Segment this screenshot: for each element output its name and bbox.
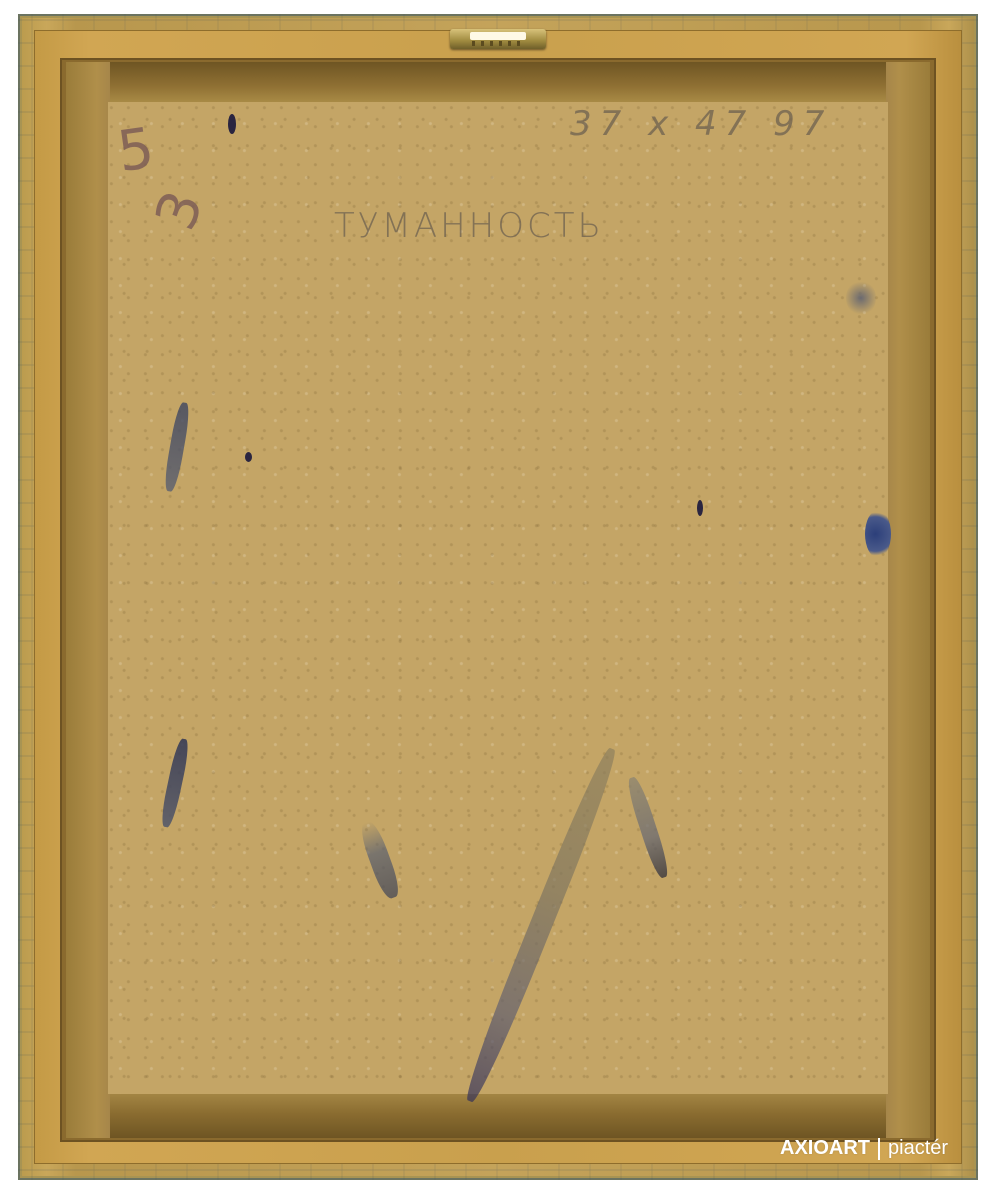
pencil-dimensions: 37 x 47 97 (570, 104, 832, 144)
hanger-teeth (472, 41, 524, 46)
tape-bottom (66, 1094, 930, 1138)
hanger-slot (470, 32, 526, 40)
blue-stain (865, 510, 891, 558)
watermark-sub: piactér (888, 1137, 948, 1160)
grey-smudge (846, 280, 876, 316)
tape-left (66, 62, 110, 1138)
hardboard-panel (108, 102, 888, 1094)
dark-speck (245, 452, 252, 462)
pencil-title: ТУМАННОСТЬ (334, 206, 604, 246)
tape-top (66, 62, 930, 102)
dark-speck (228, 114, 236, 134)
watermark-separator (878, 1138, 880, 1160)
watermark: AXIOART piactér (780, 1137, 948, 1160)
tape-right (886, 62, 930, 1138)
watermark-brand: AXIOART (780, 1137, 870, 1160)
sawtooth-hanger-icon (450, 29, 546, 49)
dark-speck (697, 500, 703, 516)
